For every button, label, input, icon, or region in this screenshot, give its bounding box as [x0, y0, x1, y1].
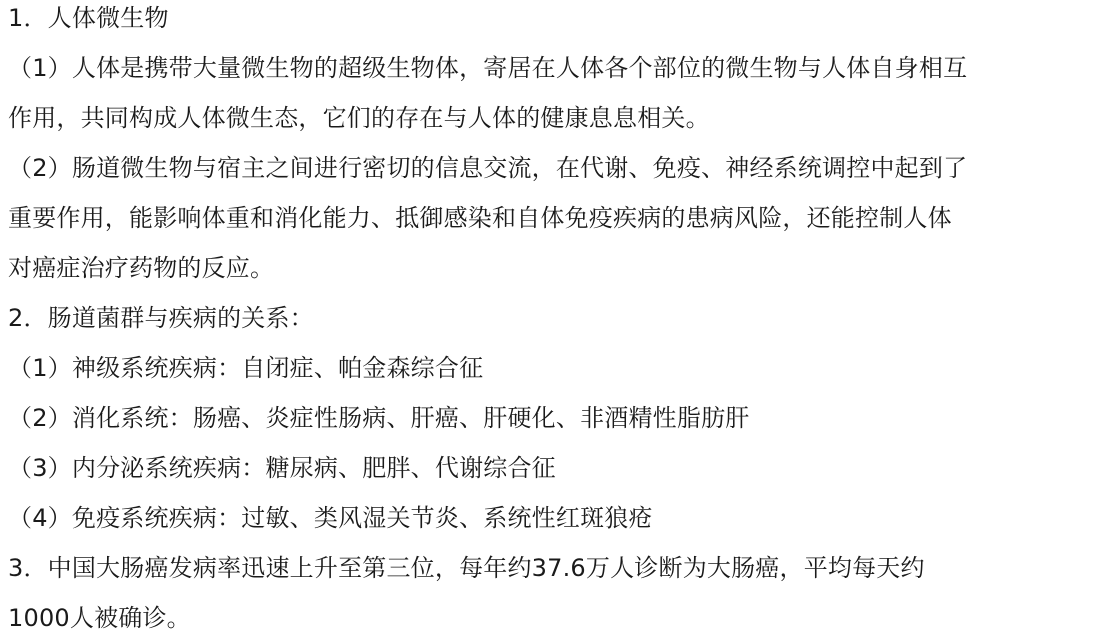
section-1-item-2-line-1: （2）肠道微生物与宿主之间进行密切的信息交流，在代谢、免疫、神经系统调控中起到了 [8, 150, 967, 186]
section-2-item-4: （4）免疫系统疾病：过敏、类风湿关节炎、系统性红斑狼疮 [8, 500, 653, 536]
section-2-item-1: （1）神级系统疾病：自闭症、帕金森综合征 [8, 350, 483, 386]
section-1-item-2-line-2: 重要作用，能影响体重和消化能力、抵御感染和自体免疫疾病的患病风险，还能控制人体 [8, 200, 952, 236]
section-1-heading: 1．人体微生物 [8, 0, 169, 36]
section-1-item-1-line-1: （1）人体是携带大量微生物的超级生物体，寄居在人体各个部位的微生物与人体自身相互 [8, 50, 967, 86]
section-3-line-2: 1000人被确诊。 [8, 600, 191, 636]
section-1-item-2-line-3: 对癌症治疗药物的反应。 [8, 250, 274, 286]
section-1-item-1-line-2: 作用，共同构成人体微生态，它们的存在与人体的健康息息相关。 [8, 100, 710, 136]
section-2-item-2: （2）消化系统：肠癌、炎症性肠病、肝癌、肝硬化、非酒精性脂肪肝 [8, 400, 749, 436]
section-2-heading: 2．肠道菌群与疾病的关系： [8, 300, 314, 336]
section-2-item-3: （3）内分泌系统疾病：糖尿病、肥胖、代谢综合征 [8, 450, 556, 486]
section-3-line-1: 3．中国大肠癌发病率迅速上升至第三位，每年约37.6万人诊断为大肠癌，平均每天约 [8, 550, 925, 586]
